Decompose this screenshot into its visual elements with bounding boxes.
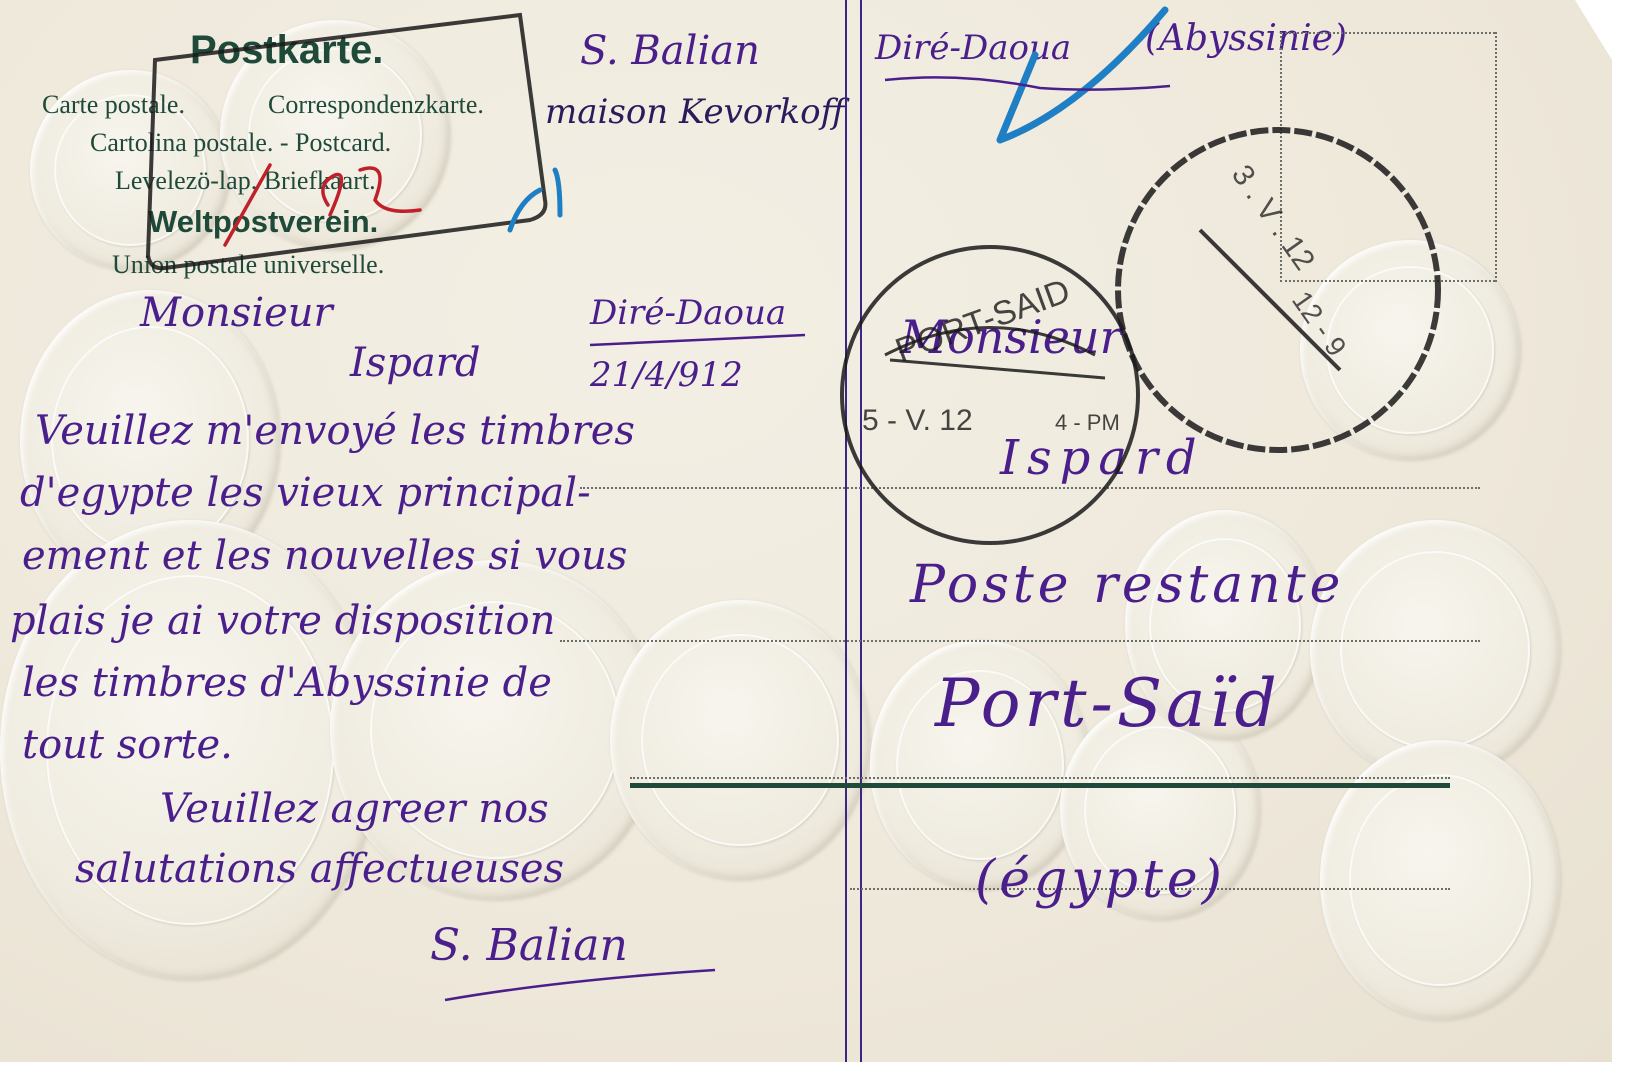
- address-line1: Poste restante: [910, 555, 1344, 615]
- stamp-box-left: [1280, 32, 1282, 282]
- center-divider-left: [845, 0, 847, 1062]
- message-place: Diré-Daoua: [590, 293, 786, 333]
- card-subtitle-it-en: Cartolina postale. - Postcard.: [90, 128, 391, 158]
- message-line: plais je ai votre disposition: [10, 598, 555, 644]
- message-line: ement et les nouvelles si vous: [22, 533, 627, 579]
- sender-city: Diré-Daoua: [875, 28, 1071, 68]
- closing-line: salutations affectueuses: [75, 846, 564, 892]
- message-line: les timbres d'Abyssinie de: [22, 660, 552, 706]
- stamp-box-right: [1495, 32, 1497, 282]
- embossed-coin: [1320, 740, 1560, 1020]
- postmark-date: 5 - V. 12: [862, 404, 973, 437]
- address-guide-line: [580, 487, 1480, 489]
- sender-name: S. Balian: [580, 28, 760, 74]
- card-subtitle-hu-nl: Levelezö-lap. Briefkaart.: [115, 166, 376, 196]
- port-said-postmark: [842, 247, 1138, 543]
- sender-house: maison Kevorkoff: [545, 92, 845, 132]
- sender-country: (Abyssinie): [1145, 18, 1347, 59]
- card-title: Postkarte.: [190, 28, 383, 73]
- address-underline: [630, 783, 1450, 788]
- address-salutation: Monsieur: [900, 310, 1122, 364]
- message-line: Veuillez m'envoyé les timbres: [35, 408, 635, 454]
- center-divider-right: [860, 0, 862, 1062]
- signature: S. Balian: [430, 920, 628, 971]
- stamp-box-top: [1280, 32, 1495, 34]
- message-recipient-name: Ispard: [350, 340, 481, 386]
- address-guide-line: [630, 777, 1450, 779]
- address-country: (égypte): [975, 850, 1226, 910]
- embossed-coin: [1300, 240, 1520, 460]
- address-guide-line: [560, 640, 1480, 642]
- message-date: 21/4/912: [590, 355, 743, 395]
- address-name: Ispard: [1000, 430, 1205, 486]
- message-salutation: Monsieur: [140, 290, 333, 336]
- postmark-date: 3 . V . 12: [1225, 159, 1321, 276]
- union-title: Weltpostverein.: [148, 204, 378, 240]
- message-line: tout sorte.: [22, 722, 233, 768]
- union-subtitle: Union postale universelle.: [112, 250, 384, 280]
- address-city: Port-Saïd: [935, 665, 1281, 742]
- postcard-back: Postkarte. Carte postale. Correspondenzk…: [0, 0, 1612, 1062]
- message-line: d'egypte les vieux principal-: [20, 470, 591, 516]
- card-subtitle-de: Correspondenzkarte.: [268, 90, 484, 120]
- card-subtitle-fr: Carte postale.: [42, 90, 185, 120]
- closing-line: Veuillez agreer nos: [160, 786, 549, 832]
- embossed-coin: [610, 600, 870, 880]
- stamp-box-bottom: [1280, 280, 1495, 282]
